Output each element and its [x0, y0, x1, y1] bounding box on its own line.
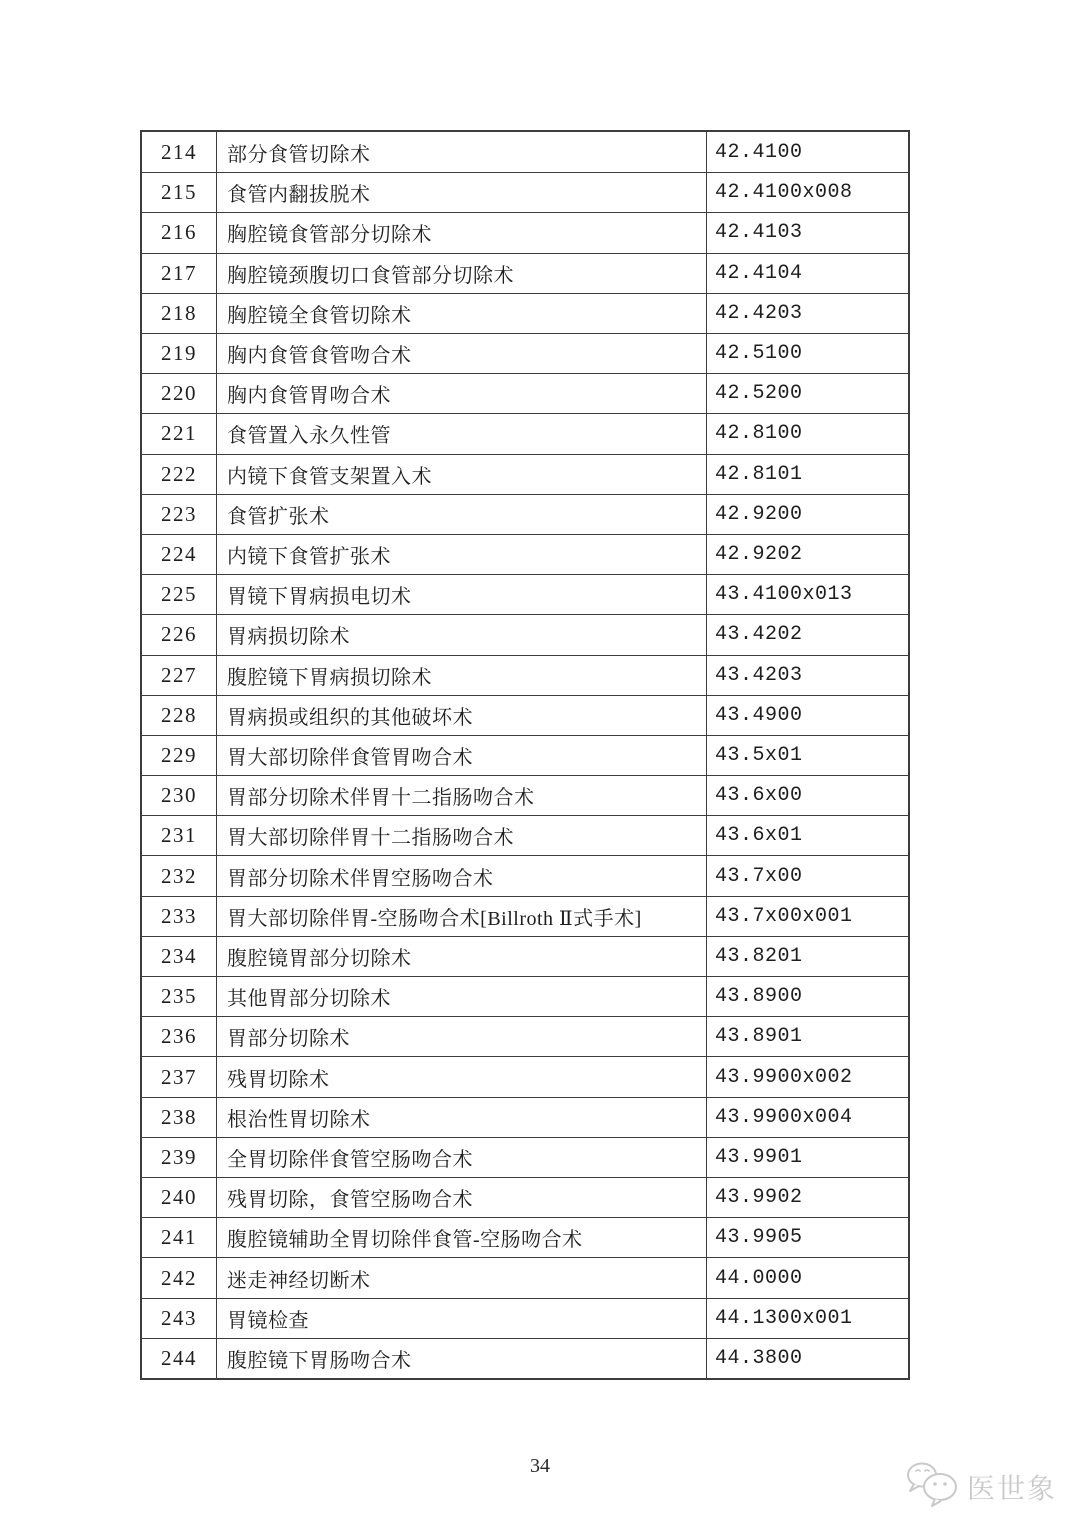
brand-name: 医世象: [967, 1467, 1057, 1507]
table-row: 231 胃大部切除伴胃十二指肠吻合术 43.6x01: [142, 815, 908, 855]
procedure-code-cell: 43.4100x013: [707, 575, 908, 614]
procedure-name-cell: 残胃切除，食管空肠吻合术: [217, 1178, 707, 1217]
procedure-name-cell: 胃大部切除伴胃十二指肠吻合术: [217, 816, 707, 855]
procedure-code-cell: 44.0000: [707, 1258, 908, 1297]
table-row: 224 内镜下食管扩张术 42.9202: [142, 534, 908, 574]
row-number-cell: 219: [142, 334, 217, 373]
procedure-code-cell: 43.8900: [707, 977, 908, 1016]
document-page: 214 部分食管切除术 42.4100 215 食管内翻拔脱术 42.4100x…: [0, 0, 1080, 1526]
table-row: 239 全胃切除伴食管空肠吻合术 43.9901: [142, 1137, 908, 1177]
procedure-code-cell: 43.7x00x001: [707, 897, 908, 936]
row-number-cell: 215: [142, 173, 217, 212]
procedure-code-cell: 42.4203: [707, 294, 908, 333]
table-row: 235 其他胃部分切除术 43.8900: [142, 976, 908, 1016]
table-row: 232 胃部分切除术伴胃空肠吻合术 43.7x00: [142, 855, 908, 895]
row-number-cell: 218: [142, 294, 217, 333]
row-number-cell: 230: [142, 776, 217, 815]
table-row: 220 胸内食管胃吻合术 42.5200: [142, 373, 908, 413]
procedure-code-cell: 42.4100x008: [707, 173, 908, 212]
procedure-code-cell: 44.1300x001: [707, 1299, 908, 1338]
procedure-code-cell: 42.4103: [707, 213, 908, 252]
procedure-name-cell: 腹腔镜胃部分切除术: [217, 937, 707, 976]
procedure-name-cell: 胃部分切除术伴胃空肠吻合术: [217, 856, 707, 895]
row-number-cell: 237: [142, 1057, 217, 1096]
row-number-cell: 234: [142, 937, 217, 976]
table-row: 244 腹腔镜下胃肠吻合术 44.3800: [142, 1338, 908, 1378]
procedure-name-cell: 食管内翻拔脱术: [217, 173, 707, 212]
procedure-code-cell: 43.8901: [707, 1017, 908, 1056]
table-row: 241 腹腔镜辅助全胃切除伴食管-空肠吻合术 43.9905: [142, 1217, 908, 1257]
procedure-code-cell: 42.4104: [707, 254, 908, 293]
procedure-name-cell: 胃镜检查: [217, 1299, 707, 1338]
table-row: 217 胸腔镜颈腹切口食管部分切除术 42.4104: [142, 253, 908, 293]
table-row: 234 腹腔镜胃部分切除术 43.8201: [142, 936, 908, 976]
row-number-cell: 227: [142, 656, 217, 695]
table-row: 225 胃镜下胃病损电切术 43.4100x013: [142, 574, 908, 614]
table-row: 215 食管内翻拔脱术 42.4100x008: [142, 172, 908, 212]
procedure-name-cell: 腹腔镜下胃病损切除术: [217, 656, 707, 695]
procedure-code-cell: 42.5200: [707, 374, 908, 413]
procedure-name-cell: 食管扩张术: [217, 495, 707, 534]
row-number-cell: 232: [142, 856, 217, 895]
row-number-cell: 244: [142, 1339, 217, 1378]
table-row: 216 胸腔镜食管部分切除术 42.4103: [142, 212, 908, 252]
table-row: 240 残胃切除，食管空肠吻合术 43.9902: [142, 1177, 908, 1217]
procedure-code-cell: 43.9900x002: [707, 1057, 908, 1096]
table-row: 218 胸腔镜全食管切除术 42.4203: [142, 293, 908, 333]
procedure-name-cell: 胃病损或组织的其他破坏术: [217, 696, 707, 735]
row-number-cell: 216: [142, 213, 217, 252]
procedure-name-cell: 胃大部切除伴食管胃吻合术: [217, 736, 707, 775]
row-number-cell: 214: [142, 132, 217, 172]
procedure-name-cell: 腹腔镜下胃肠吻合术: [217, 1339, 707, 1378]
procedure-name-cell: 胃病损切除术: [217, 615, 707, 654]
row-number-cell: 224: [142, 535, 217, 574]
procedure-code-cell: 43.6x00: [707, 776, 908, 815]
row-number-cell: 243: [142, 1299, 217, 1338]
row-number-cell: 231: [142, 816, 217, 855]
procedure-name-cell: 根治性胃切除术: [217, 1098, 707, 1137]
procedure-name-cell: 内镜下食管扩张术: [217, 535, 707, 574]
procedure-name-cell: 其他胃部分切除术: [217, 977, 707, 1016]
procedure-code-cell: 43.5x01: [707, 736, 908, 775]
row-number-cell: 228: [142, 696, 217, 735]
row-number-cell: 242: [142, 1258, 217, 1297]
row-number-cell: 236: [142, 1017, 217, 1056]
table-row: 242 迷走神经切断术 44.0000: [142, 1257, 908, 1297]
procedure-code-cell: 43.9902: [707, 1178, 908, 1217]
table-row: 229 胃大部切除伴食管胃吻合术 43.5x01: [142, 735, 908, 775]
procedure-code-cell: 42.5100: [707, 334, 908, 373]
procedure-code-cell: 43.8201: [707, 937, 908, 976]
row-number-cell: 229: [142, 736, 217, 775]
table-row: 219 胸内食管食管吻合术 42.5100: [142, 333, 908, 373]
procedure-name-cell: 胸腔镜全食管切除术: [217, 294, 707, 333]
row-number-cell: 239: [142, 1138, 217, 1177]
table-row: 227 腹腔镜下胃病损切除术 43.4203: [142, 655, 908, 695]
table-row: 243 胃镜检查 44.1300x001: [142, 1298, 908, 1338]
procedure-code-cell: 43.6x01: [707, 816, 908, 855]
row-number-cell: 233: [142, 897, 217, 936]
procedure-code-cell: 43.4202: [707, 615, 908, 654]
procedure-code-cell: 42.8101: [707, 455, 908, 494]
row-number-cell: 217: [142, 254, 217, 293]
row-number-cell: 226: [142, 615, 217, 654]
procedure-name-cell: 胃大部切除伴胃-空肠吻合术[Billroth Ⅱ式手术]: [217, 897, 707, 936]
procedure-code-cell: 43.9901: [707, 1138, 908, 1177]
table-row: 222 内镜下食管支架置入术 42.8101: [142, 454, 908, 494]
procedure-code-cell: 43.4203: [707, 656, 908, 695]
table-row: 237 残胃切除术 43.9900x002: [142, 1056, 908, 1096]
procedure-name-cell: 胸腔镜食管部分切除术: [217, 213, 707, 252]
procedure-name-cell: 部分食管切除术: [217, 132, 707, 172]
table-row: 238 根治性胃切除术 43.9900x004: [142, 1097, 908, 1137]
row-number-cell: 235: [142, 977, 217, 1016]
procedure-name-cell: 胃部分切除术: [217, 1017, 707, 1056]
procedure-name-cell: 胃部分切除术伴胃十二指肠吻合术: [217, 776, 707, 815]
procedure-code-cell: 43.9905: [707, 1218, 908, 1257]
procedure-name-cell: 全胃切除伴食管空肠吻合术: [217, 1138, 707, 1177]
procedure-name-cell: 胃镜下胃病损电切术: [217, 575, 707, 614]
procedure-code-cell: 43.7x00: [707, 856, 908, 895]
procedure-name-cell: 内镜下食管支架置入术: [217, 455, 707, 494]
procedure-code-table: 214 部分食管切除术 42.4100 215 食管内翻拔脱术 42.4100x…: [140, 130, 910, 1380]
procedure-code-cell: 42.8100: [707, 414, 908, 453]
procedure-name-cell: 食管置入永久性管: [217, 414, 707, 453]
procedure-code-cell: 42.9202: [707, 535, 908, 574]
wechat-chat-bubbles-icon: [905, 1461, 961, 1512]
procedure-code-cell: 44.3800: [707, 1339, 908, 1378]
procedure-name-cell: 迷走神经切断术: [217, 1258, 707, 1297]
brand-watermark: 医世象: [905, 1461, 1057, 1512]
row-number-cell: 241: [142, 1218, 217, 1257]
row-number-cell: 222: [142, 455, 217, 494]
table-row: 233 胃大部切除伴胃-空肠吻合术[Billroth Ⅱ式手术] 43.7x00…: [142, 896, 908, 936]
procedure-code-cell: 43.4900: [707, 696, 908, 735]
procedure-name-cell: 胸内食管胃吻合术: [217, 374, 707, 413]
row-number-cell: 238: [142, 1098, 217, 1137]
procedure-code-cell: 42.4100: [707, 132, 908, 172]
row-number-cell: 240: [142, 1178, 217, 1217]
row-number-cell: 223: [142, 495, 217, 534]
table-row: 226 胃病损切除术 43.4202: [142, 614, 908, 654]
table-row: 236 胃部分切除术 43.8901: [142, 1016, 908, 1056]
procedure-name-cell: 腹腔镜辅助全胃切除伴食管-空肠吻合术: [217, 1218, 707, 1257]
table-row: 230 胃部分切除术伴胃十二指肠吻合术 43.6x00: [142, 775, 908, 815]
row-number-cell: 221: [142, 414, 217, 453]
procedure-name-cell: 胸内食管食管吻合术: [217, 334, 707, 373]
row-number-cell: 220: [142, 374, 217, 413]
row-number-cell: 225: [142, 575, 217, 614]
procedure-name-cell: 胸腔镜颈腹切口食管部分切除术: [217, 254, 707, 293]
table-row: 214 部分食管切除术 42.4100: [142, 132, 908, 172]
table-row: 221 食管置入永久性管 42.8100: [142, 413, 908, 453]
table-row: 223 食管扩张术 42.9200: [142, 494, 908, 534]
procedure-name-cell: 残胃切除术: [217, 1057, 707, 1096]
procedure-code-cell: 42.9200: [707, 495, 908, 534]
procedure-code-cell: 43.9900x004: [707, 1098, 908, 1137]
table-row: 228 胃病损或组织的其他破坏术 43.4900: [142, 695, 908, 735]
